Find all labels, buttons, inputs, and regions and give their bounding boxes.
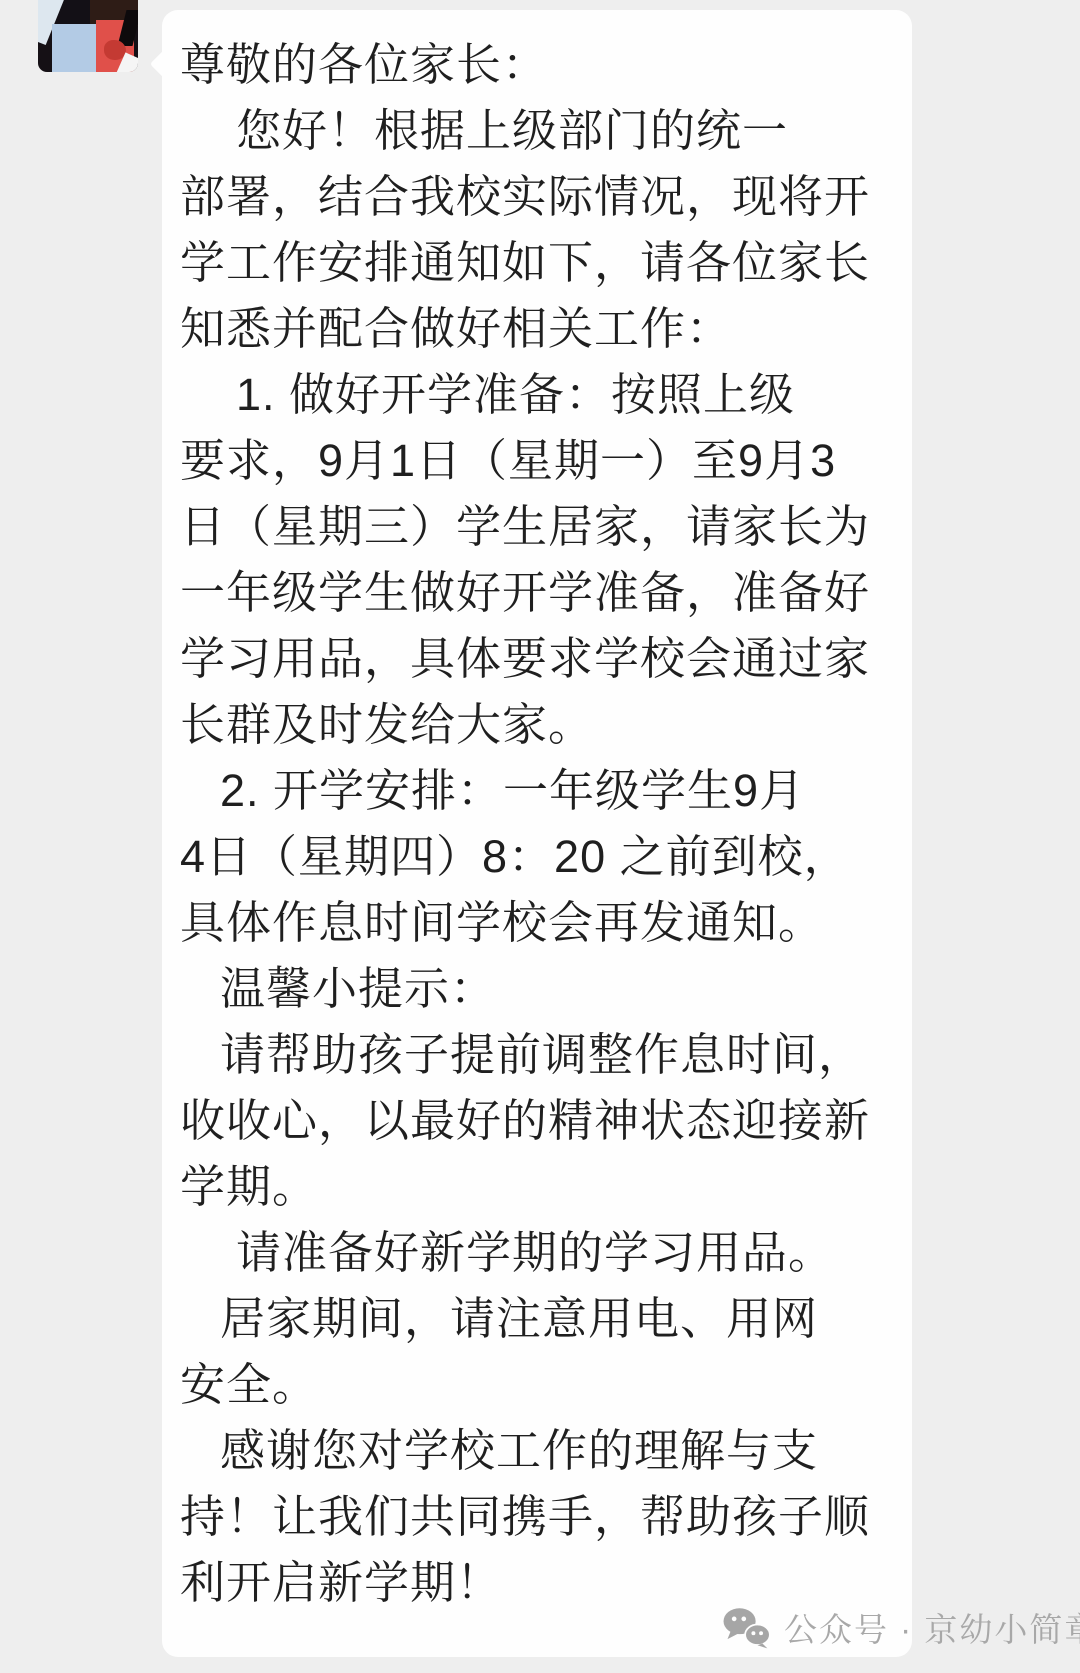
message-line: 收收心，以最好的精神状态迎接新 [180, 1088, 886, 1154]
bubble-tail [150, 50, 178, 78]
message-line: 您好！根据上级部门的统一 [180, 98, 886, 164]
message-line: 日（星期三）学生居家，请家长为 [180, 494, 886, 560]
message-line: 感谢您对学校工作的理解与支 [180, 1418, 886, 1484]
chat-screen: { "colors": { "background": "#eeeeee", "… [0, 0, 1080, 1673]
message-line: 1. 做好开学准备：按照上级 [180, 362, 886, 428]
message-line: 持！让我们共同携手，帮助孩子顺 [180, 1484, 886, 1550]
message-line: 居家期间，请注意用电、用网 [180, 1286, 886, 1352]
message-line: 安全。 [180, 1352, 886, 1418]
message-line: 学工作安排通知如下，请各位家长 [180, 230, 886, 296]
message-line: 温馨小提示： [180, 956, 886, 1022]
message-line: 尊敬的各位家长： [180, 32, 886, 98]
message-line: 请帮助孩子提前调整作息时间， [180, 1022, 886, 1088]
watermark-text: 公众号 · 京幼小简章 [784, 1604, 1080, 1651]
message-bubble[interactable]: 尊敬的各位家长： 您好！根据上级部门的统一 部署，结合我校实际情况，现将开 学工… [162, 10, 912, 1657]
message-line: 2. 开学安排：一年级学生9月 [180, 758, 886, 824]
message-line: 部署，结合我校实际情况，现将开 [180, 164, 886, 230]
message-line: 请准备好新学期的学习用品。 [180, 1220, 886, 1286]
avatar-blue-block [52, 24, 96, 72]
message-line: 知悉并配合做好相关工作： [180, 296, 886, 362]
message-line: 学期。 [180, 1154, 886, 1220]
message-line: 一年级学生做好开学准备，准备好 [180, 560, 886, 626]
message-line: 要求，9月1日（星期一）至9月3 [180, 428, 886, 494]
message-line: 学习用品，具体要求学校会通过家 [180, 626, 886, 692]
sender-avatar[interactable] [38, 0, 138, 72]
watermark: 公众号 · 京幼小简章 [722, 1604, 1080, 1651]
message-line: 具体作息时间学校会再发通知。 [180, 890, 886, 956]
message-line: 4日（星期四）8：20 之前到校， [180, 824, 886, 890]
wechat-logo-icon [722, 1607, 772, 1649]
message-line: 长群及时发给大家。 [180, 692, 886, 758]
